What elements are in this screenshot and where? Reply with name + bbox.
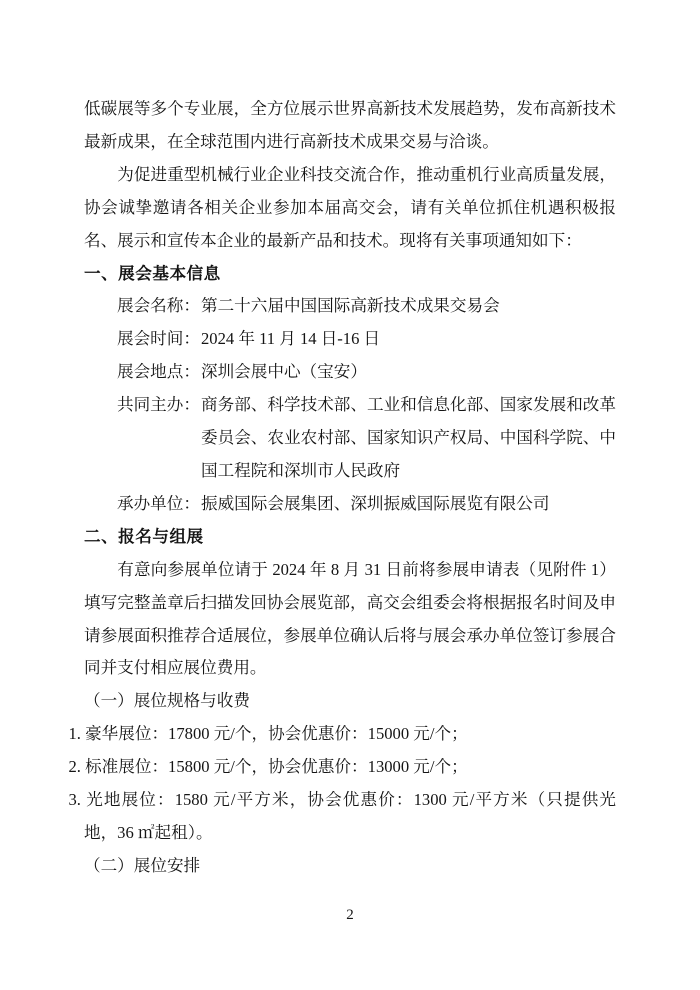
paragraph-invitation: 为促进重型机械行业企业科技交流合作，推动重机行业高质量发展，协会诚挚邀请各相关企… — [84, 159, 616, 258]
field-value: 商务部、科学技术部、工业和信息化部、国家发展和改革委员会、农业农村部、国家知识产… — [201, 389, 616, 488]
field-value: 第二十六届中国国际高新技术成果交易会 — [201, 290, 616, 323]
field-exhibition-venue: 展会地点： 深圳会展中心（宝安） — [117, 356, 616, 389]
field-label: 共同主办： — [117, 389, 201, 488]
page-number: 2 — [0, 905, 700, 925]
document-page: 低碳展等多个专业展，全方位展示世界高新技术发展趋势，发布高新技术最新成果，在全球… — [0, 0, 700, 990]
field-value: 2024 年 11 月 14 日-16 日 — [201, 323, 616, 356]
field-label: 承办单位： — [117, 488, 201, 521]
field-label: 展会时间： — [117, 323, 201, 356]
section-heading-registration: 二、报名与组展 — [84, 521, 616, 554]
field-value: 深圳会展中心（宝安） — [201, 356, 616, 389]
section-heading-basic-info: 一、展会基本信息 — [84, 258, 616, 291]
document-body: 低碳展等多个专业展，全方位展示世界高新技术发展趋势，发布高新技术最新成果，在全球… — [84, 93, 616, 883]
subheading-booth-specs-fees: （一）展位规格与收费 — [84, 685, 616, 718]
field-exhibition-time: 展会时间： 2024 年 11 月 14 日-16 日 — [117, 323, 616, 356]
paragraph-carryover: 低碳展等多个专业展，全方位展示世界高新技术发展趋势，发布高新技术最新成果，在全球… — [84, 93, 616, 159]
paragraph-application: 有意向参展单位请于 2024 年 8 月 31 日前将参展申请表（见附件 1）填… — [84, 554, 616, 686]
field-co-hosts: 共同主办： 商务部、科学技术部、工业和信息化部、国家发展和改革委员会、农业农村部… — [117, 389, 616, 488]
field-organizer: 承办单位： 振威国际会展集团、深圳振威国际展览有限公司 — [117, 488, 616, 521]
booth-fee-item-raw-space: 3. 光地展位：1580 元/平方米，协会优惠价：1300 元/平方米（只提供光… — [84, 784, 616, 850]
field-value: 振威国际会展集团、深圳振威国际展览有限公司 — [201, 488, 616, 521]
booth-fee-item-standard: 2. 标准展位：15800 元/个，协会优惠价：13000 元/个； — [84, 751, 616, 784]
field-exhibition-name: 展会名称： 第二十六届中国国际高新技术成果交易会 — [117, 290, 616, 323]
field-label: 展会地点： — [117, 356, 201, 389]
field-label: 展会名称： — [117, 290, 201, 323]
booth-fee-item-deluxe: 1. 豪华展位：17800 元/个，协会优惠价：15000 元/个； — [84, 718, 616, 751]
subheading-booth-arrangement: （二）展位安排 — [84, 850, 616, 883]
